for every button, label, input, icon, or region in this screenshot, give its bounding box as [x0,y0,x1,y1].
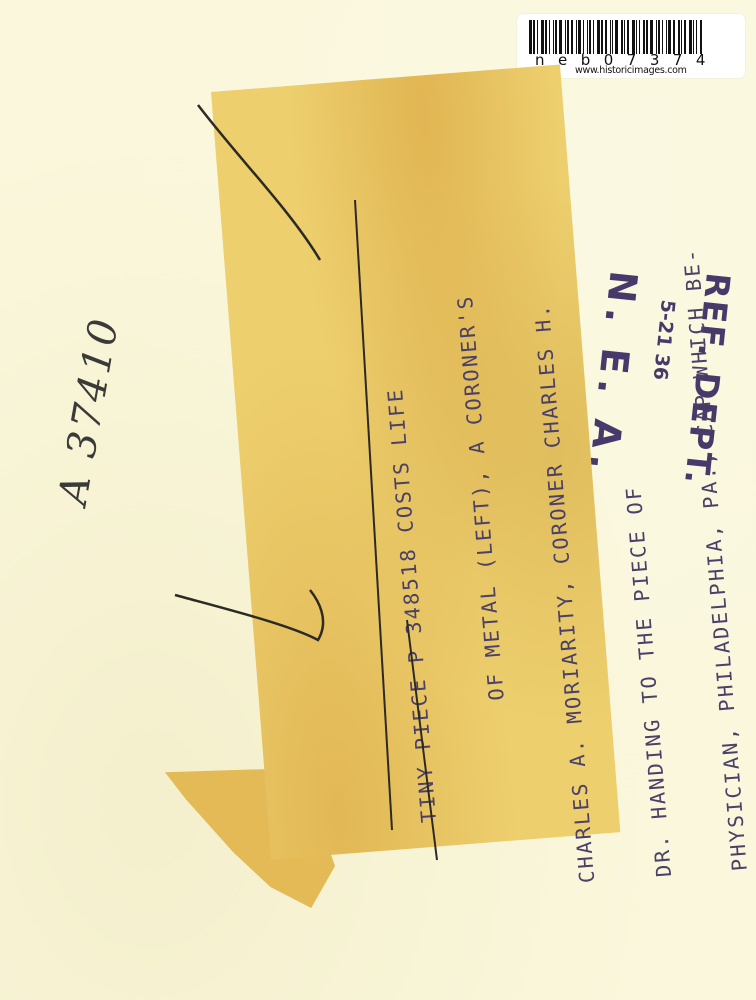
pen-marks [0,0,756,1000]
